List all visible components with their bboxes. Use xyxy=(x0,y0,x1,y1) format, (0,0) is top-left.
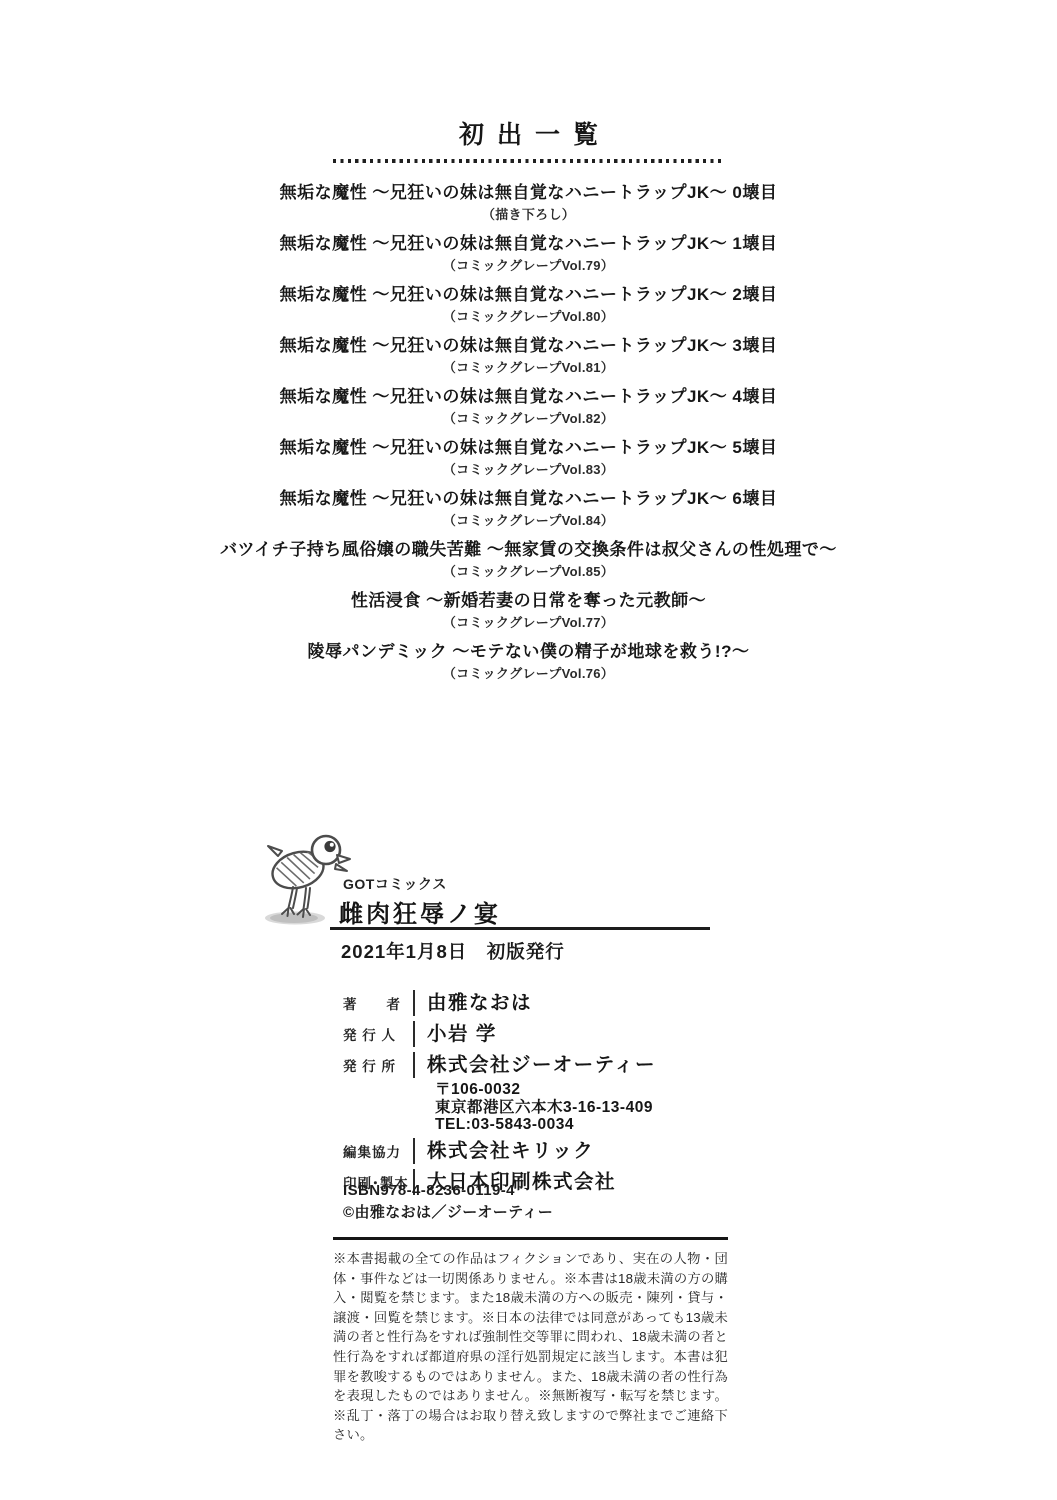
entry-title: 無垢な魔性 ～兄狂いの妹は無自覚なハニートラップJK～ 0壊目 xyxy=(0,181,1057,205)
first-publication-list: 初出一覧 無垢な魔性 ～兄狂いの妹は無自覚なハニートラップJK～ 0壊目 （描き… xyxy=(0,120,1057,691)
entry-source: （コミックグレープVol.82） xyxy=(0,410,1057,427)
isbn-copyright: ISBN978-4-8236-0119-4 ©由雅なおは／ジーオーティー xyxy=(343,1180,553,1224)
publication-entry: 無垢な魔性 ～兄狂いの妹は無自覚なハニートラップJK～ 2壊目 （コミックグレー… xyxy=(0,283,1057,325)
section-title: 初出一覧 xyxy=(0,120,1057,150)
credit-row-publisher: 発 行 所 株式会社ジーオーティー xyxy=(343,1052,723,1078)
legal-disclaimer: ※本書掲載の全ての作品はフィクションであり、実在の人物・団体・事件などは一切関係… xyxy=(333,1237,728,1445)
edition-date: 2021年1月8日 初版発行 xyxy=(341,938,565,964)
dotted-divider xyxy=(333,159,725,163)
credit-value: 由雅なおは xyxy=(413,990,532,1016)
entry-source: （コミックグレープVol.76） xyxy=(0,665,1057,682)
entry-title: 無垢な魔性 ～兄狂いの妹は無自覚なハニートラップJK～ 2壊目 xyxy=(0,283,1057,307)
publisher-address: 〒106-0032 東京都港区六本木3-16-13-409 TEL:03-584… xyxy=(413,1080,653,1135)
entry-source: （コミックグレープVol.81） xyxy=(0,359,1057,376)
entry-title: 無垢な魔性 ～兄狂いの妹は無自覚なハニートラップJK～ 1壊目 xyxy=(0,232,1057,256)
publication-entry: 性活浸食 ～新婚若妻の日常を奪った元教師～ （コミックグレープVol.77） xyxy=(0,589,1057,631)
publication-entry: 無垢な魔性 ～兄狂いの妹は無自覚なハニートラップJK～ 4壊目 （コミックグレー… xyxy=(0,385,1057,427)
entry-source: （描き下ろし） xyxy=(0,206,1057,223)
credit-label: 発 行 人 xyxy=(343,1024,407,1044)
entry-source: （コミックグレープVol.77） xyxy=(0,614,1057,631)
entry-title: 無垢な魔性 ～兄狂いの妹は無自覚なハニートラップJK～ 6壊目 xyxy=(0,487,1057,511)
publication-entry: 無垢な魔性 ～兄狂いの妹は無自覚なハニートラップJK～ 0壊目 （描き下ろし） xyxy=(0,181,1057,223)
credit-row-address: 〒106-0032 東京都港区六本木3-16-13-409 TEL:03-584… xyxy=(343,1080,723,1135)
credit-label: 編集協力 xyxy=(343,1141,407,1161)
entry-source: （コミックグレープVol.83） xyxy=(0,461,1057,478)
entry-source: （コミックグレープVol.80） xyxy=(0,308,1057,325)
publication-entry: 無垢な魔性 ～兄狂いの妹は無自覚なハニートラップJK～ 3壊目 （コミックグレー… xyxy=(0,334,1057,376)
book-title: 雌肉狂辱ノ宴 xyxy=(339,894,501,929)
title-underline xyxy=(330,927,710,930)
credits-table: 著 者 由雅なおは 発 行 人 小岩 学 発 行 所 株式会社ジーオーティー 〒… xyxy=(343,990,723,1200)
credit-value: 株式会社キリック xyxy=(413,1138,594,1164)
publication-entry: 無垢な魔性 ～兄狂いの妹は無自覚なハニートラップJK～ 5壊目 （コミックグレー… xyxy=(0,436,1057,478)
entry-source: （コミックグレープVol.85） xyxy=(0,563,1057,580)
imprint-name: GOTコミックス xyxy=(343,874,447,894)
credit-row-editing: 編集協力 株式会社キリック xyxy=(343,1138,723,1164)
credit-value: 小岩 学 xyxy=(413,1021,497,1047)
credit-label: 発 行 所 xyxy=(343,1055,407,1075)
entry-title: 無垢な魔性 ～兄狂いの妹は無自覚なハニートラップJK～ 3壊目 xyxy=(0,334,1057,358)
entry-title: バツイチ子持ち風俗嬢の職失苦難 ～無家賃の交換条件は叔父さんの性処理で～ xyxy=(0,538,1057,562)
entry-title: 無垢な魔性 ～兄狂いの妹は無自覚なハニートラップJK～ 5壊目 xyxy=(0,436,1057,460)
credit-value: 株式会社ジーオーティー xyxy=(413,1052,656,1078)
credit-label: 著 者 xyxy=(343,993,407,1013)
credit-row-author: 著 者 由雅なおは xyxy=(343,990,723,1016)
credit-row-publisher-person: 発 行 人 小岩 学 xyxy=(343,1021,723,1047)
entry-source: （コミックグレープVol.84） xyxy=(0,512,1057,529)
entry-title: 性活浸食 ～新婚若妻の日常を奪った元教師～ xyxy=(0,589,1057,613)
publication-entry: 無垢な魔性 ～兄狂いの妹は無自覚なハニートラップJK～ 1壊目 （コミックグレー… xyxy=(0,232,1057,274)
entry-title: 陵辱パンデミック ～モテない僕の精子が地球を救う!?～ xyxy=(0,640,1057,664)
entry-title: 無垢な魔性 ～兄狂いの妹は無自覚なハニートラップJK～ 4壊目 xyxy=(0,385,1057,409)
publication-entry: バツイチ子持ち風俗嬢の職失苦難 ～無家賃の交換条件は叔父さんの性処理で～ （コミ… xyxy=(0,538,1057,580)
entry-source: （コミックグレープVol.79） xyxy=(0,257,1057,274)
publication-entry: 陵辱パンデミック ～モテない僕の精子が地球を救う!?～ （コミックグレープVol… xyxy=(0,640,1057,682)
colophon-page: 初出一覧 無垢な魔性 ～兄狂いの妹は無自覚なハニートラップJK～ 0壊目 （描き… xyxy=(0,0,1057,1500)
publication-entry: 無垢な魔性 ～兄狂いの妹は無自覚なハニートラップJK～ 6壊目 （コミックグレー… xyxy=(0,487,1057,529)
